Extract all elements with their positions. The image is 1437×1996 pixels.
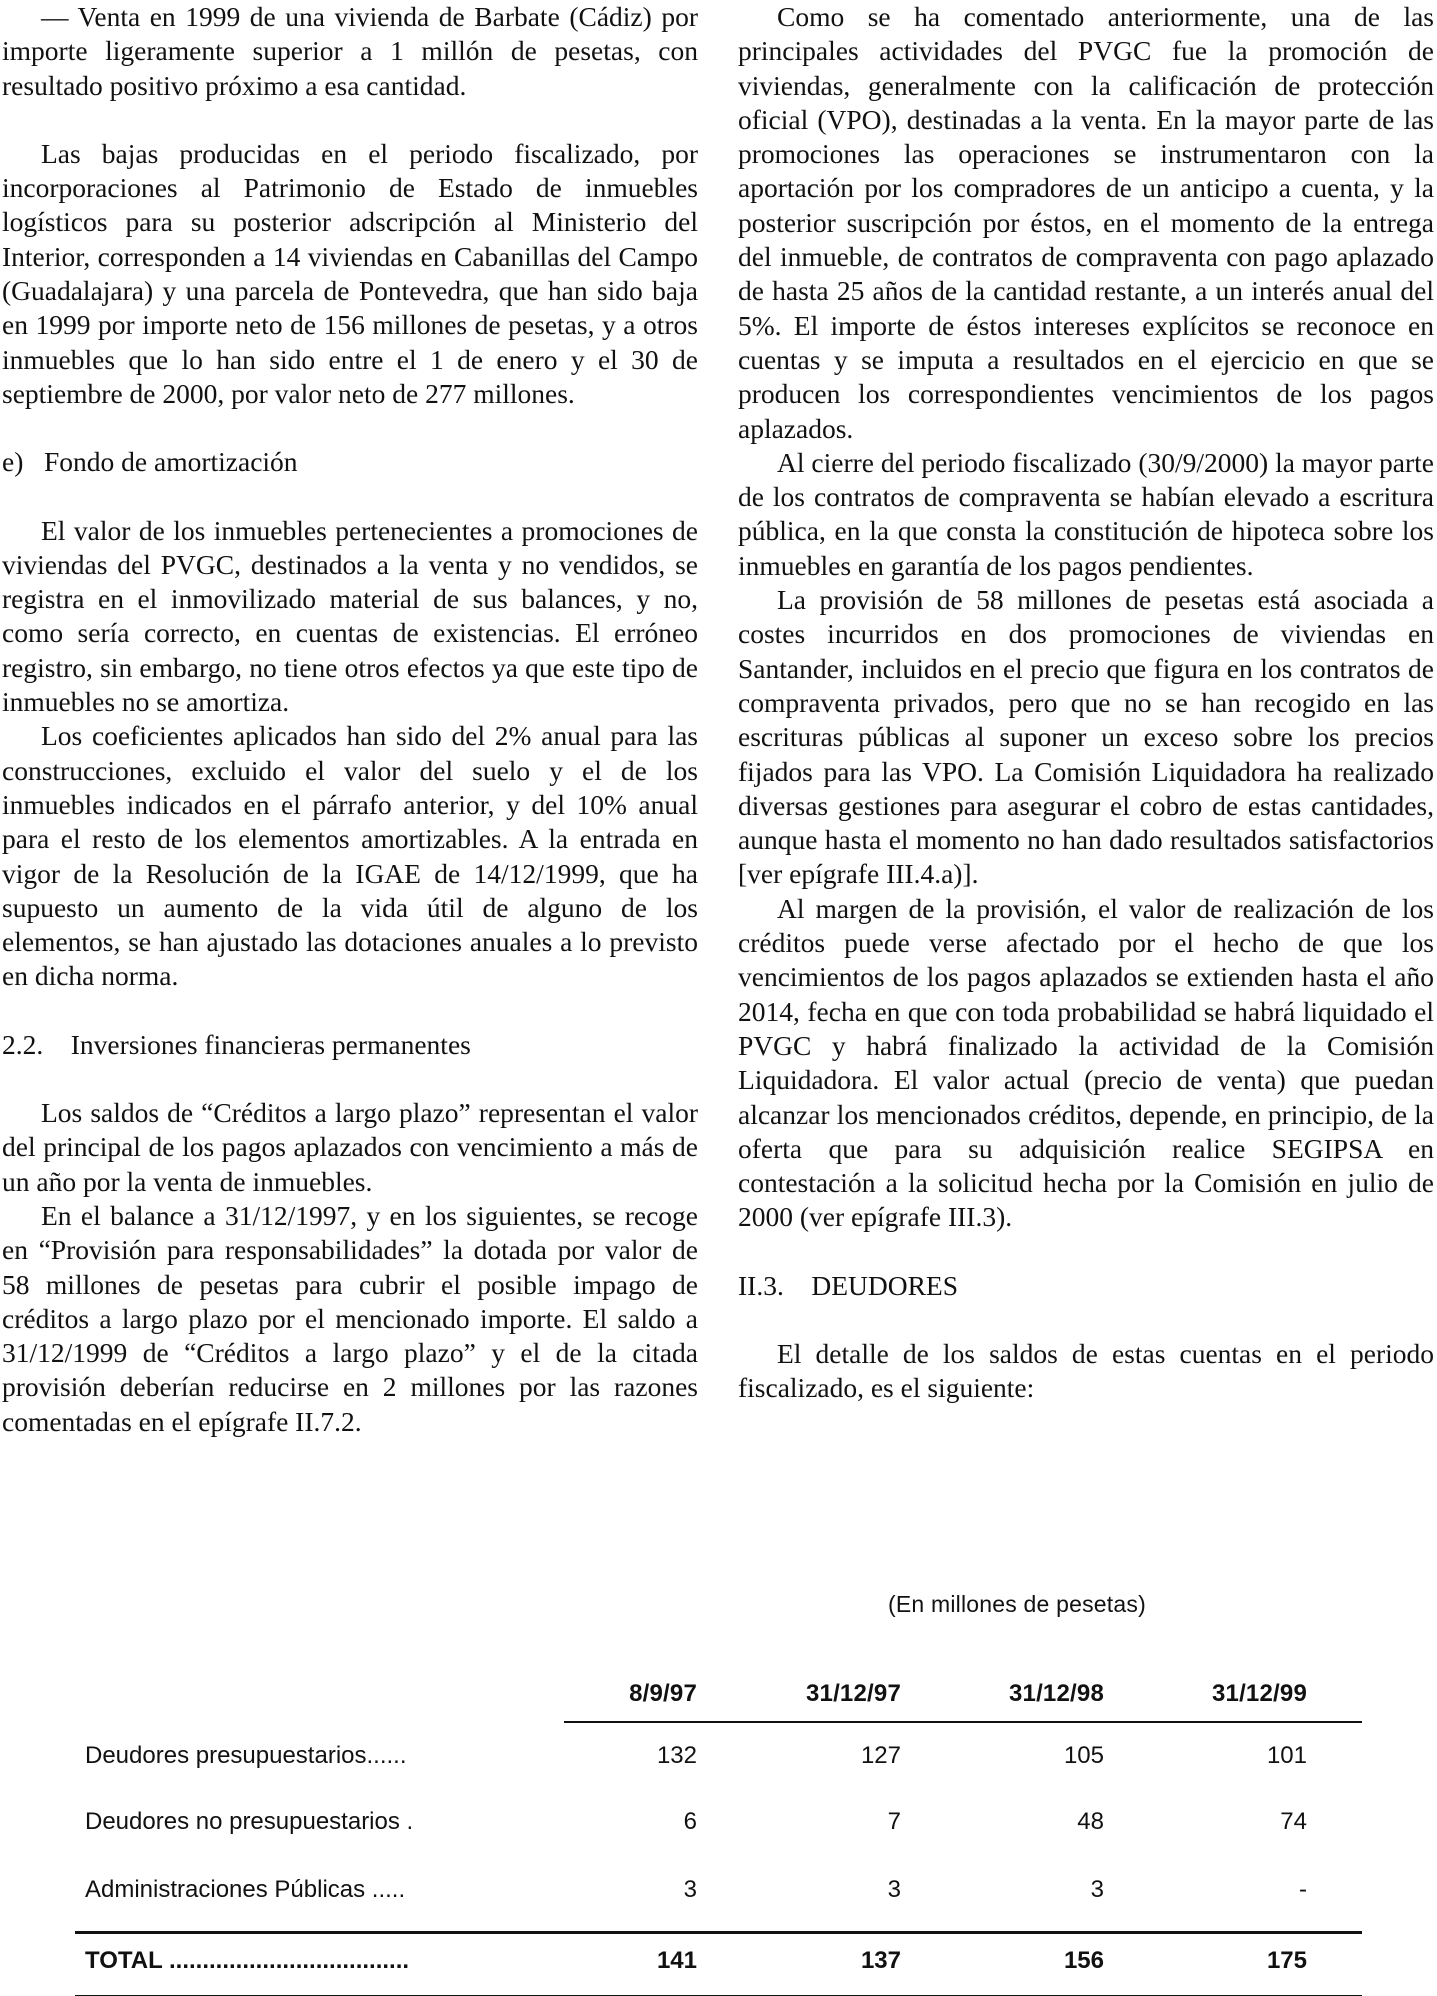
cell: 74 bbox=[1147, 1808, 1307, 1836]
cell: 141 bbox=[537, 1947, 697, 1975]
cell: 127 bbox=[741, 1742, 901, 1770]
paragraph: En el balance a 31/12/1997, y en los sig… bbox=[2, 1199, 698, 1439]
paragraph: Los saldos de “Créditos a largo plazo” r… bbox=[2, 1096, 698, 1199]
cell: 105 bbox=[944, 1742, 1104, 1770]
cell: 3 bbox=[741, 1876, 901, 1904]
section-heading-e: e) Fondo de amortización bbox=[2, 445, 698, 479]
cell: 48 bbox=[944, 1808, 1104, 1836]
paragraph: Los coeficientes aplicados han sido del … bbox=[2, 719, 698, 993]
cell: 156 bbox=[944, 1947, 1104, 1975]
table-total-row: TOTAL ..................................… bbox=[75, 1934, 1362, 1995]
paragraph: El detalle de los saldos de estas cuenta… bbox=[738, 1337, 1434, 1406]
paragraph: Las bajas producidas en el periodo fisca… bbox=[2, 137, 698, 411]
row-label: TOTAL ..................................… bbox=[85, 1947, 409, 1975]
table-row: Deudores no presupuestarios . 6 7 48 74 bbox=[75, 1789, 1362, 1857]
column-header: 8/9/97 bbox=[537, 1680, 697, 1708]
section-number: 2.2. bbox=[2, 1029, 43, 1060]
right-column: Como se ha comentado anteriormente, una … bbox=[738, 0, 1434, 1406]
section-number: e) bbox=[2, 446, 23, 477]
cell: 6 bbox=[537, 1808, 697, 1836]
section-heading-2-2: 2.2. Inversiones financieras permanentes bbox=[2, 1028, 698, 1062]
left-column: — Venta en 1999 de una vivienda de Barba… bbox=[2, 0, 698, 1439]
table-row: Administraciones Públicas ..... 3 3 3 - bbox=[75, 1857, 1362, 1931]
cell: 3 bbox=[537, 1876, 697, 1904]
column-header: 31/12/97 bbox=[741, 1680, 901, 1708]
cell: 132 bbox=[537, 1742, 697, 1770]
section-number: II.3. bbox=[738, 1270, 784, 1301]
table-caption: (En millones de pesetas) bbox=[888, 1591, 1146, 1618]
section-title: DEUDORES bbox=[811, 1270, 958, 1301]
paragraph: Al cierre del periodo fiscalizado (30/9/… bbox=[738, 446, 1434, 583]
section-heading-ii-3: II.3. DEUDORES bbox=[738, 1269, 1434, 1303]
paragraph: El valor de los inmuebles pertenecientes… bbox=[2, 514, 698, 720]
cell: 101 bbox=[1147, 1742, 1307, 1770]
paragraph: La provisión de 58 millones de pesetas e… bbox=[738, 583, 1434, 892]
cell: 7 bbox=[741, 1808, 901, 1836]
deudores-table: 8/9/97 31/12/97 31/12/98 31/12/99 Deudor… bbox=[75, 1666, 1362, 1996]
cell: 137 bbox=[741, 1947, 901, 1975]
column-header: 31/12/99 bbox=[1147, 1680, 1307, 1708]
column-header: 31/12/98 bbox=[944, 1680, 1104, 1708]
row-label: Deudores presupuestarios...... bbox=[85, 1742, 407, 1770]
table-header: 8/9/97 31/12/97 31/12/98 31/12/99 bbox=[75, 1666, 1362, 1723]
cell: 3 bbox=[944, 1876, 1104, 1904]
section-title: Fondo de amortización bbox=[44, 446, 298, 477]
paragraph: — Venta en 1999 de una vivienda de Barba… bbox=[2, 0, 698, 103]
section-title: Inversiones financieras permanentes bbox=[71, 1029, 471, 1060]
row-label: Administraciones Públicas ..... bbox=[85, 1876, 405, 1904]
paragraph: Al margen de la provisión, el valor de r… bbox=[738, 892, 1434, 1235]
row-label: Deudores no presupuestarios . bbox=[85, 1808, 413, 1836]
cell: - bbox=[1147, 1876, 1307, 1904]
cell: 175 bbox=[1147, 1947, 1307, 1975]
table-row: Deudores presupuestarios...... 132 127 1… bbox=[75, 1723, 1362, 1789]
paragraph: Como se ha comentado anteriormente, una … bbox=[738, 0, 1434, 446]
